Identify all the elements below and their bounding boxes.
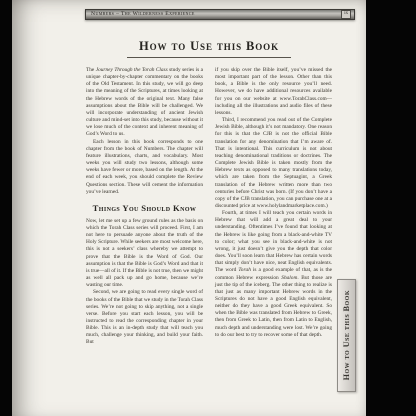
italic-text-segment: Shalom <box>281 275 297 281</box>
text-segment: Fourth, at times I will teach you certai… <box>215 210 332 273</box>
running-header: Numbers – The Wilderness Experience ix <box>85 9 355 20</box>
scanned-page-view: Numbers – The Wilderness Experience ix H… <box>0 0 416 416</box>
page-number: ix <box>341 10 351 19</box>
page-title: How to Use this Book <box>86 39 332 54</box>
page-content: How to Use this Book The Journey Through… <box>86 39 332 347</box>
paragraph: if you skip over the Bible itself, you’v… <box>215 67 332 117</box>
text-segment: Now, let me set up a few ground rules as… <box>86 218 203 288</box>
paragraph: Third, I recommend you read out of the C… <box>215 117 332 210</box>
text-columns: The Journey Through the Torah Class stud… <box>86 67 332 347</box>
chapter-side-tab: How to Use this Book <box>337 279 356 392</box>
text-segment: . But those are just the tip of the iceb… <box>215 275 332 338</box>
title-rule <box>127 57 291 58</box>
text-segment: if you skip over the Bible itself, you’v… <box>215 67 332 116</box>
right-column: if you skip over the Bible itself, you’v… <box>215 67 332 347</box>
paragraph: Now, let me set up a few ground rules as… <box>86 218 203 290</box>
italic-text-segment: Journey Through the Torah Class <box>96 67 168 73</box>
italic-text-segment: Torah <box>238 267 251 273</box>
text-segment: The <box>86 67 96 73</box>
paragraph: The Journey Through the Torah Class stud… <box>86 67 203 139</box>
text-segment: study series is a unique chapter-by-chap… <box>86 67 203 137</box>
section-heading: Things You Should Know <box>86 203 203 213</box>
text-segment: Each lesson in this book corresponds to … <box>86 139 203 195</box>
paragraph: Fourth, at times I will teach you certai… <box>215 210 332 339</box>
left-column: The Journey Through the Torah Class stud… <box>86 67 203 347</box>
text-segment: Third, I recommend you read out of the C… <box>215 117 332 209</box>
book-page: Numbers – The Wilderness Experience ix H… <box>12 0 366 416</box>
running-header-title: Numbers – The Wilderness Experience <box>91 12 195 18</box>
side-tab-label: How to Use this Book <box>342 290 351 380</box>
text-segment: Second, we are going to read every singl… <box>86 289 203 345</box>
paragraph: Each lesson in this book corresponds to … <box>86 139 203 196</box>
paragraph: Second, we are going to read every singl… <box>86 289 203 346</box>
